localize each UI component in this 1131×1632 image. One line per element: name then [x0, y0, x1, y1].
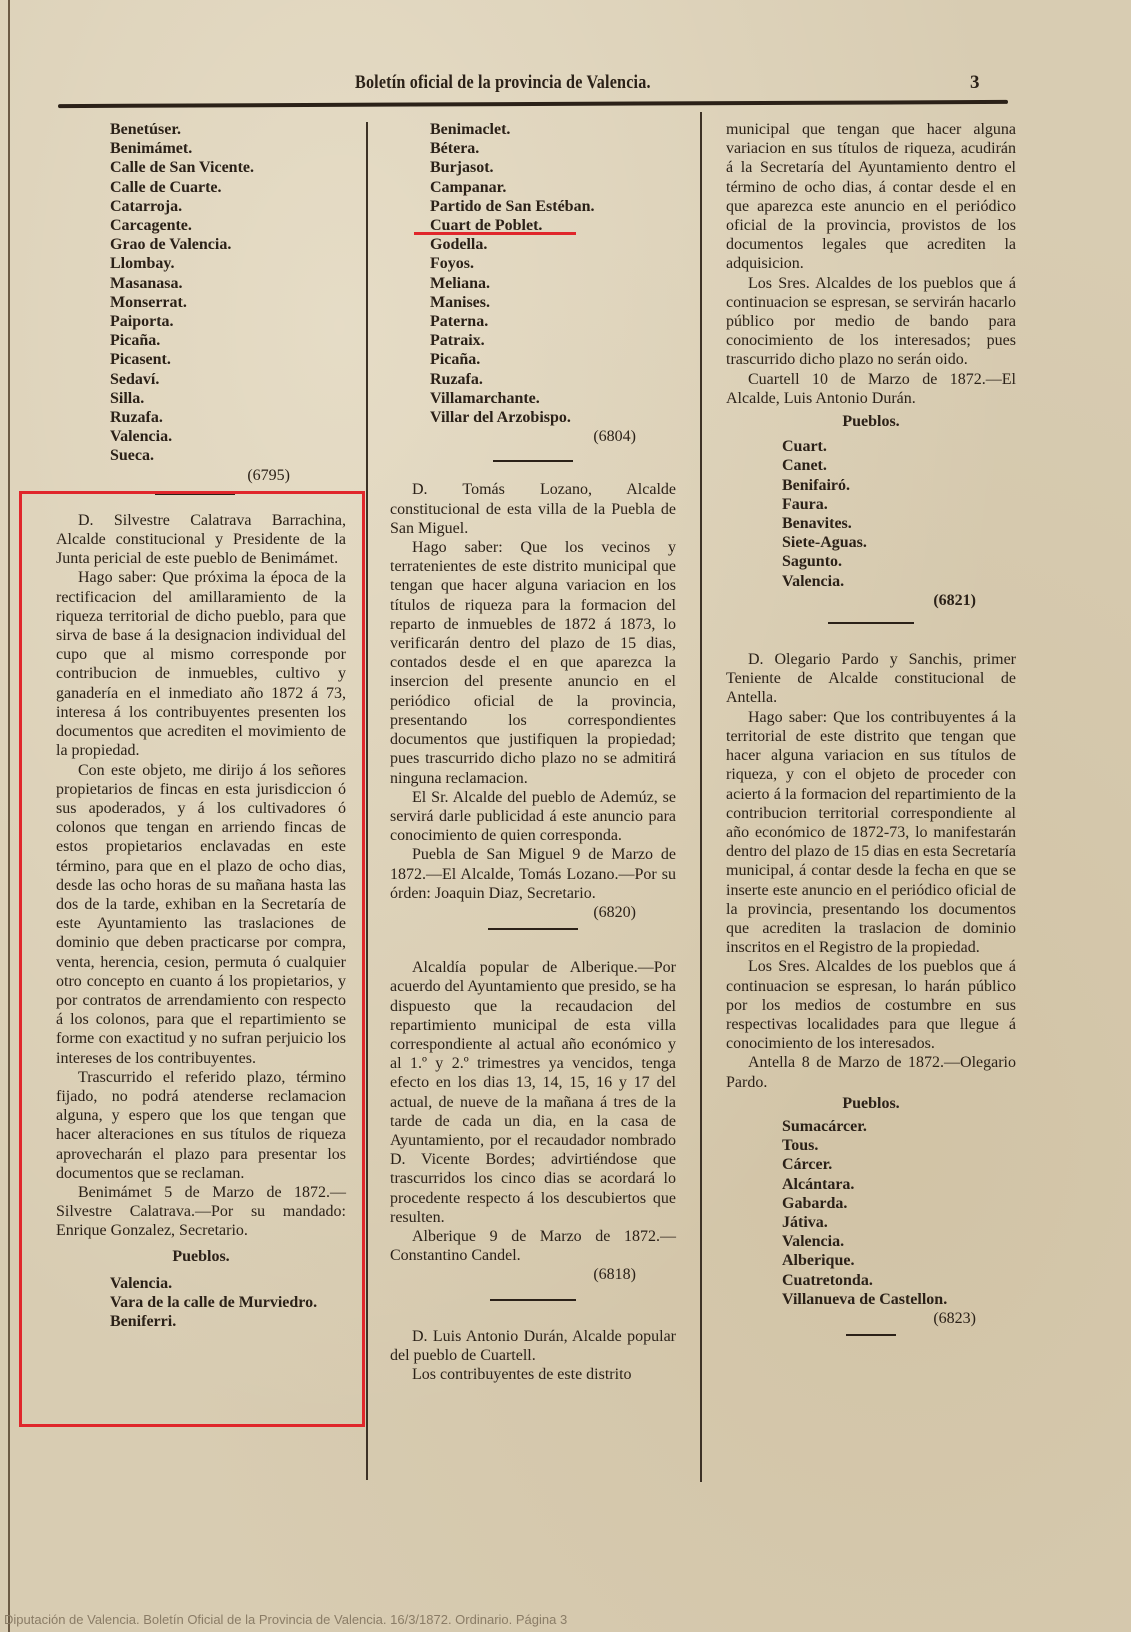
notice-cuartell-start: D. Luis Antonio Durán, Alcalde popular d…: [390, 1327, 676, 1385]
list-item: Villar del Arzobispo.: [430, 408, 676, 427]
list-item: Alcántara.: [782, 1175, 1016, 1194]
list-item: Paterna.: [430, 312, 676, 331]
list-item: Sueca.: [110, 446, 350, 465]
reference-number: (6820): [390, 903, 676, 922]
list-item: Benimaclet.: [430, 120, 676, 139]
list-item: Calle de Cuarte.: [110, 178, 350, 197]
reference-number: (6818): [390, 1265, 676, 1284]
list-item: Benetúser.: [110, 120, 350, 139]
right-column: municipal que tengan que hacer alguna va…: [726, 120, 1016, 1336]
list-item: Valencia.: [782, 1232, 1016, 1251]
list-item: Villanueva de Castellon.: [782, 1290, 1016, 1309]
notice-signature: Alberique 9 de Marzo de 1872.—Constantin…: [390, 1227, 676, 1265]
page-number: 3: [970, 72, 980, 94]
separator-rule: [828, 622, 914, 624]
list-item: Ruzafa.: [430, 370, 676, 389]
list-item: Masanasa.: [110, 274, 350, 293]
notice-alberique: Alcaldía popular de Alberique.—Por acuer…: [390, 958, 676, 1284]
middle-column: Benimaclet. Bétera. Burjasot. Campanar. …: [390, 120, 676, 1384]
source-citation: Diputación de Valencia. Boletín Oficial …: [4, 1612, 567, 1627]
list-item: Valencia.: [782, 572, 1016, 591]
list-item: Burjasot.: [430, 158, 676, 177]
notice-paragraph: El Sr. Alcalde del pueblo de Ademúz, se …: [390, 788, 676, 846]
list-item: Foyos.: [430, 254, 676, 273]
list-item: Picaña.: [110, 331, 350, 350]
reference-number: (6804): [390, 427, 676, 446]
list-item: Sumacárcer.: [782, 1117, 1016, 1136]
notice-paragraph: Alcaldía popular de Alberique.—Por acuer…: [390, 958, 676, 1227]
notice-paragraph: Los Sres. Alcaldes de los pueblos que á …: [726, 274, 1016, 370]
binding-edge: [8, 0, 10, 1632]
town-list-6795: Benetúser. Benimámet. Calle de San Vicen…: [40, 120, 350, 466]
newspaper-page: Boletín oficial de la provincia de Valen…: [0, 0, 1131, 1632]
list-item: Campanar.: [430, 178, 676, 197]
list-item: Cuart.: [782, 437, 1016, 456]
list-item: Carcagente.: [110, 216, 350, 235]
pueblos-label: Pueblos.: [726, 1094, 1016, 1113]
highlight-box: [19, 491, 365, 1427]
list-item: Partido de San Estéban.: [430, 197, 676, 216]
notice-paragraph: municipal que tengan que hacer alguna va…: [726, 120, 1016, 274]
highlight-underline: [414, 232, 576, 235]
notice-antella: D. Olegario Pardo y Sanchis, primer Teni…: [726, 650, 1016, 1336]
list-item: Monserrat.: [110, 293, 350, 312]
pueblos-label: Pueblos.: [726, 412, 1016, 431]
list-item: Sedaví.: [110, 370, 350, 389]
list-item: Játiva.: [782, 1213, 1016, 1232]
notice-puebla-san-miguel: D. Tomás Lozano, Alcalde constitucional …: [390, 480, 676, 922]
notice-paragraph: Los Sres. Alcaldes de los pueblos que á …: [726, 957, 1016, 1053]
list-item: Benifairó.: [782, 476, 1016, 495]
list-item: Godella.: [430, 235, 676, 254]
list-item: Benavites.: [782, 514, 1016, 533]
list-item: Catarroja.: [110, 197, 350, 216]
list-item: Patraix.: [430, 331, 676, 350]
list-item: Picasent.: [110, 350, 350, 369]
pueblos-list: Cuart. Canet. Benifairó. Faura. Benavite…: [726, 437, 1016, 591]
list-item: Alberique.: [782, 1251, 1016, 1270]
list-item: Bétera.: [430, 139, 676, 158]
notice-signature: Antella 8 de Marzo de 1872.—Olegario Par…: [726, 1053, 1016, 1091]
list-item: Silla.: [110, 389, 350, 408]
notice-signature: Cuartell 10 de Marzo de 1872.—El Alcalde…: [726, 370, 1016, 408]
list-item: Siete-Aguas.: [782, 533, 1016, 552]
column-divider-right: [700, 112, 702, 1482]
list-item: Picaña.: [430, 350, 676, 369]
list-item: Ruzafa.: [110, 408, 350, 427]
notice-cuartell-continued: municipal que tengan que hacer alguna va…: [726, 120, 1016, 610]
separator-rule: [488, 928, 578, 930]
separator-rule: [846, 1334, 896, 1336]
list-item: Sagunto.: [782, 552, 1016, 571]
notice-heading: D. Tomás Lozano, Alcalde constitucional …: [390, 480, 676, 538]
reference-number: (6821): [726, 591, 1016, 610]
list-item: Cuatretonda.: [782, 1271, 1016, 1290]
header-rule: [58, 100, 1008, 108]
list-item: Villamarchante.: [430, 389, 676, 408]
notice-heading: D. Luis Antonio Durán, Alcalde popular d…: [390, 1327, 676, 1365]
list-item: Paiporta.: [110, 312, 350, 331]
list-item: Calle de San Vicente.: [110, 158, 350, 177]
list-item: Benimámet.: [110, 139, 350, 158]
notice-heading: D. Olegario Pardo y Sanchis, primer Teni…: [726, 650, 1016, 708]
page-title: Boletín oficial de la provincia de Valen…: [355, 72, 651, 94]
column-divider-left: [366, 122, 368, 1480]
list-item: Valencia.: [110, 427, 350, 446]
list-item: Faura.: [782, 495, 1016, 514]
reference-number: (6823): [726, 1309, 1016, 1328]
list-item: Cárcer.: [782, 1155, 1016, 1174]
notice-signature: Puebla de San Miguel 9 de Marzo de 1872.…: [390, 845, 676, 903]
separator-rule: [490, 1299, 576, 1301]
list-item: Gabarda.: [782, 1194, 1016, 1213]
list-item: Tous.: [782, 1136, 1016, 1155]
list-item: Manises.: [430, 293, 676, 312]
list-item: Canet.: [782, 456, 1016, 475]
town-list-6804: Benimaclet. Bétera. Burjasot. Campanar. …: [390, 120, 676, 427]
list-item: Grao de Valencia.: [110, 235, 350, 254]
notice-paragraph: Los contribuyentes de este distrito: [390, 1365, 676, 1384]
notice-paragraph: Hago saber: Que los contribuyentes á la …: [726, 708, 1016, 958]
separator-rule: [493, 460, 573, 462]
notice-paragraph: Hago saber: Que los vecinos y terratenie…: [390, 538, 676, 788]
reference-number: (6795): [40, 466, 350, 485]
list-item: Meliana.: [430, 274, 676, 293]
list-item: Llombay.: [110, 254, 350, 273]
pueblos-list: Sumacárcer. Tous. Cárcer. Alcántara. Gab…: [726, 1117, 1016, 1309]
